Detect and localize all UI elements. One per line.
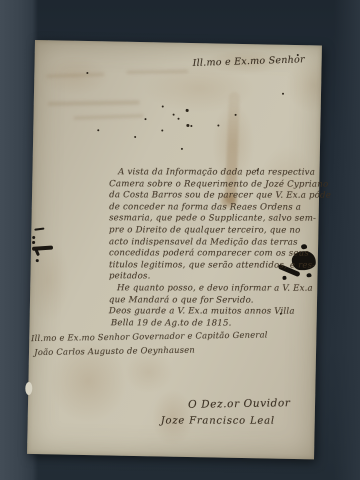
paper-chip [25, 382, 32, 395]
ink-speck [181, 148, 183, 150]
edge-ink-mark [32, 236, 35, 239]
backing-right-band [334, 0, 360, 480]
ink-speck [186, 124, 189, 127]
ink-speck [161, 129, 163, 131]
signature-name: Joze Francisco Leal [161, 415, 275, 426]
ink-speck [282, 93, 284, 95]
body-line: concedidas poderá comparecer com os seus [109, 248, 317, 260]
body-line: Deos guarde a V. Ex.a muitos annos Villa [109, 306, 317, 318]
salutation: Ill.mo e Ex.mo Senhor [192, 54, 304, 69]
ink-speck [144, 118, 146, 120]
ink-speck [186, 109, 189, 112]
body-line: He quanto posso, e devo informar a V. Ex… [117, 283, 317, 295]
ink-bleedthrough [126, 70, 188, 74]
signature-title: O Dez.or Ouvidor [188, 397, 291, 411]
body-line: de conceder na forma das Reaes Ordens a [109, 202, 317, 214]
body-line: peitados. [109, 272, 317, 284]
ink-speck [173, 114, 175, 116]
body-line: Camera sobre o Requerimento de Jozé Cypr… [109, 179, 317, 191]
edge-ink-mark [34, 228, 44, 231]
ink-speck [86, 72, 88, 74]
ink-speck [217, 125, 219, 127]
edge-ink-mark [32, 241, 35, 244]
body-line: que Mandará o que for Servido. [109, 295, 317, 307]
ink-bleedthrough [74, 114, 144, 119]
ink-speck [190, 125, 192, 127]
letter-page: Ill.mo e Ex.mo Senhor A vista da Informa… [27, 40, 322, 459]
body-line: A vista da Informação dada pela respecti… [118, 167, 317, 179]
ink-bleedthrough [48, 100, 140, 105]
photo-background: Ill.mo e Ex.mo Senhor A vista da Informa… [0, 0, 360, 480]
edge-ink-mark [36, 259, 39, 262]
recipient-address: Ill.mo e Ex.mo Senhor Governador e Capit… [31, 329, 268, 361]
letter-body: A vista da Informação dada pela respecti… [109, 167, 317, 330]
body-line: sesmaria, que pede o Supplicante, salvo … [109, 214, 317, 226]
body-line: pre o Direito de qualquer terceiro, que … [109, 225, 317, 237]
body-line: titulos legitimos, que serão attendidos,… [109, 260, 317, 272]
ink-speck [177, 118, 179, 120]
address-line: João Carlos Augusto de Oeynhausen [34, 343, 268, 361]
body-line: da Costa Barros sou de parecer que V. Ex… [109, 190, 317, 202]
ink-speck [235, 114, 237, 116]
body-line: acto indispensavel da Medição das terras [109, 237, 317, 249]
ink-bleedthrough [46, 73, 104, 78]
body-line: Bella 19 de Ag.to de 1815. [111, 318, 317, 330]
ink-speck [134, 136, 136, 138]
ink-speck [97, 129, 99, 131]
ink-speck [162, 105, 164, 107]
